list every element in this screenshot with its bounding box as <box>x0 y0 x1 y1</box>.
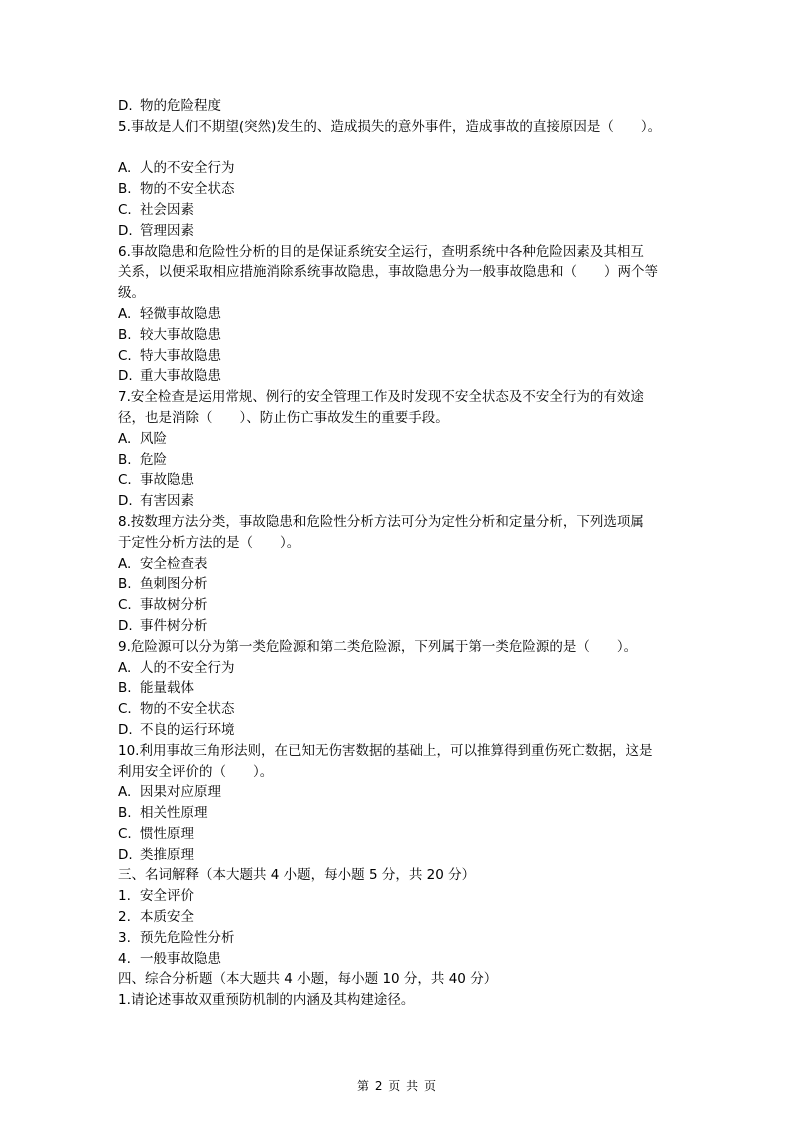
option-text: 较大事故隐患 <box>140 327 221 343</box>
option-text: 事故隐患 <box>140 472 194 488</box>
option-line: B.物的不安全状态 <box>118 179 678 200</box>
question-text: 6.事故隐患和危险性分析的目的是保证系统安全运行，查明系统中各种危险因素及其相互 <box>118 242 678 263</box>
option-label: B. <box>118 179 140 200</box>
option-line: D.事件树分析 <box>118 616 678 637</box>
option-label: D. <box>118 366 140 387</box>
option-text: 物的危险程度 <box>140 98 221 114</box>
option-line: 2.本质安全 <box>118 907 678 928</box>
option-label: A. <box>118 554 140 575</box>
option-label: D. <box>118 616 140 637</box>
option-text: 特大事故隐患 <box>140 348 221 364</box>
option-line: B.危险 <box>118 450 678 471</box>
option-label: B. <box>118 803 140 824</box>
question-text: 级。 <box>118 283 678 304</box>
section-heading: 三、名词解释（本大题共 4 小题，每小题 5 分，共 20 分） <box>118 865 678 886</box>
option-text: 人的不安全行为 <box>140 660 235 676</box>
option-line: D.有害因素 <box>118 491 678 512</box>
option-label: C. <box>118 346 140 367</box>
option-label: D. <box>118 96 140 117</box>
option-line: B.相关性原理 <box>118 803 678 824</box>
option-text: 安全评价 <box>140 888 194 904</box>
option-text: 有害因素 <box>140 493 194 509</box>
option-label: B. <box>118 678 140 699</box>
option-line: D.类推原理 <box>118 845 678 866</box>
option-label: A. <box>118 158 140 179</box>
option-text: 不良的运行环境 <box>140 722 235 738</box>
option-label: C. <box>118 470 140 491</box>
option-line: C.社会因素 <box>118 200 678 221</box>
option-label: 3. <box>118 928 140 949</box>
option-text: 本质安全 <box>140 909 194 925</box>
section-heading: 四、综合分析题（本大题共 4 小题，每小题 10 分，共 40 分） <box>118 969 678 990</box>
option-line: A.轻微事故隐患 <box>118 304 678 325</box>
option-text: 因果对应原理 <box>140 784 221 800</box>
question-text: 5.事故是人们不期望(突然)发生的、造成损失的意外事件，造成事故的直接原因是（ … <box>118 117 678 138</box>
option-line: D.重大事故隐患 <box>118 366 678 387</box>
option-line: C.特大事故隐患 <box>118 346 678 367</box>
option-line: B.鱼刺图分析 <box>118 574 678 595</box>
option-label: B. <box>118 450 140 471</box>
option-text: 类推原理 <box>140 847 194 863</box>
option-label: C. <box>118 699 140 720</box>
option-line: A.人的不安全行为 <box>118 158 678 179</box>
question-text: 8.按数理方法分类，事故隐患和危险性分析方法可分为定性分析和定量分析，下列选项属 <box>118 512 678 533</box>
option-line: A.因果对应原理 <box>118 782 678 803</box>
option-text: 危险 <box>140 452 167 468</box>
option-line: C.物的不安全状态 <box>118 699 678 720</box>
option-line: 3.预先危险性分析 <box>118 928 678 949</box>
option-line: D.不良的运行环境 <box>118 720 678 741</box>
option-text: 相关性原理 <box>140 805 208 821</box>
option-text: 重大事故隐患 <box>140 368 221 384</box>
question-text: 关系，以便采取相应措施消除系统事故隐患，事故隐患分为一般事故隐患和（ ）两个等 <box>118 262 678 283</box>
option-text: 管理因素 <box>140 223 194 239</box>
option-label: B. <box>118 574 140 595</box>
option-label: 2. <box>118 907 140 928</box>
option-text: 社会因素 <box>140 202 194 218</box>
option-label: D. <box>118 221 140 242</box>
option-label: A. <box>118 429 140 450</box>
document-page: D.物的危险程度5.事故是人们不期望(突然)发生的、造成损失的意外事件，造成事故… <box>118 96 678 1011</box>
question-text: 于定性分析方法的是（ ）。 <box>118 533 678 554</box>
option-label: D. <box>118 491 140 512</box>
blank-line <box>118 138 678 159</box>
option-text: 安全检查表 <box>140 556 208 572</box>
question-text: 7.安全检查是运用常规、例行的安全管理工作及时发现不安全状态及不安全行为的有效途 <box>118 387 678 408</box>
option-line: 4.一般事故隐患 <box>118 949 678 970</box>
question-text: 径，也是消除（ ）、防止伤亡事故发生的重要手段。 <box>118 408 678 429</box>
option-label: 1. <box>118 886 140 907</box>
option-label: C. <box>118 200 140 221</box>
option-text: 惯性原理 <box>140 826 194 842</box>
option-text: 物的不安全状态 <box>140 181 235 197</box>
option-label: C. <box>118 824 140 845</box>
question-text: 10.利用事故三角形法则，在已知无伤害数据的基础上，可以推算得到重伤死亡数据，这… <box>118 741 678 762</box>
question-text: 9.危险源可以分为第一类危险源和第二类危险源，下列属于第一类危险源的是（ ）。 <box>118 637 678 658</box>
option-text: 风险 <box>140 431 167 447</box>
option-label: A. <box>118 304 140 325</box>
option-line: D.管理因素 <box>118 221 678 242</box>
option-line: 1.安全评价 <box>118 886 678 907</box>
option-line: C.事故树分析 <box>118 595 678 616</box>
option-line: A.风险 <box>118 429 678 450</box>
option-line: D.物的危险程度 <box>118 96 678 117</box>
option-line: C.事故隐患 <box>118 470 678 491</box>
option-text: 预先危险性分析 <box>140 930 235 946</box>
option-line: A.安全检查表 <box>118 554 678 575</box>
option-text: 鱼刺图分析 <box>140 576 208 592</box>
option-line: B.较大事故隐患 <box>118 325 678 346</box>
option-label: A. <box>118 782 140 803</box>
question-text: 利用安全评价的（ ）。 <box>118 762 678 783</box>
question-text: 1.请论述事故双重预防机制的内涵及其构建途径。 <box>118 990 678 1011</box>
option-label: C. <box>118 595 140 616</box>
option-line: C.惯性原理 <box>118 824 678 845</box>
option-text: 轻微事故隐患 <box>140 306 221 322</box>
option-text: 物的不安全状态 <box>140 701 235 717</box>
option-label: B. <box>118 325 140 346</box>
option-label: D. <box>118 720 140 741</box>
option-text: 事故树分析 <box>140 597 208 613</box>
option-label: A. <box>118 658 140 679</box>
option-text: 一般事故隐患 <box>140 951 221 967</box>
option-label: D. <box>118 845 140 866</box>
page-footer: 第 2 页 共 页 <box>0 1077 794 1094</box>
option-text: 能量载体 <box>140 680 194 696</box>
option-text: 事件树分析 <box>140 618 208 634</box>
option-label: 4. <box>118 949 140 970</box>
option-line: A.人的不安全行为 <box>118 658 678 679</box>
option-line: B.能量载体 <box>118 678 678 699</box>
option-text: 人的不安全行为 <box>140 160 235 176</box>
